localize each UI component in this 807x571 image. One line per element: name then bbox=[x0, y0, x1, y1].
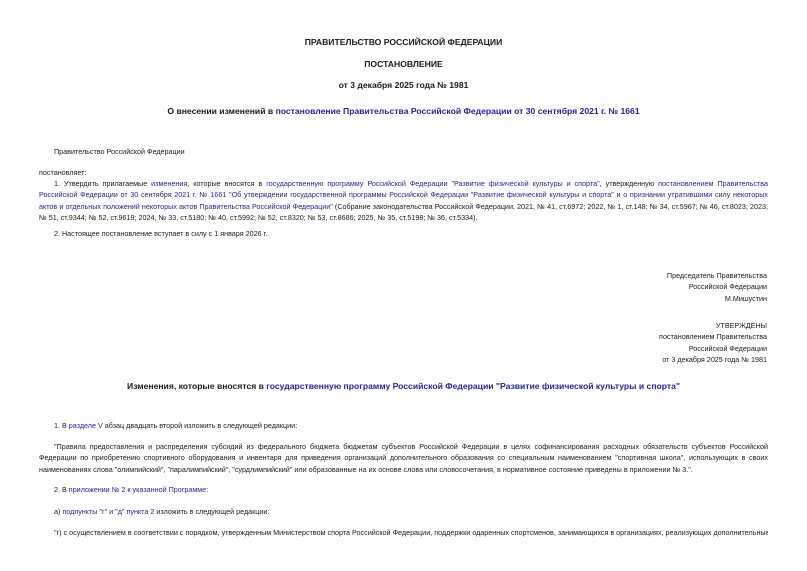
document-date-number: от 3 декабря 2025 года № 1981 bbox=[0, 80, 807, 90]
change-item-2: 2. В приложении № 2 к указанной Программ… bbox=[54, 484, 208, 495]
signature-title: Председатель Правительства bbox=[667, 270, 767, 281]
approval-line-4: от 3 декабря 2025 года № 1981 bbox=[659, 354, 767, 365]
amended-decree-link[interactable]: постановление Правительства Российской Ф… bbox=[276, 106, 640, 116]
approval-block: УТВЕРЖДЕНЫ постановлением Правительства … bbox=[659, 320, 767, 365]
signature-title-2: Российской Федерации bbox=[667, 281, 767, 292]
item2a-text-2: изложить в следующей редакции: bbox=[154, 507, 269, 516]
signature-name: М.Мишустин bbox=[667, 293, 767, 304]
approval-heading: УТВЕРЖДЕНЫ bbox=[659, 320, 767, 331]
issuer: Правительство Российской Федерации bbox=[54, 146, 185, 157]
quote-1: "Правила предоставления и распределения … bbox=[39, 441, 768, 475]
changes-title: Изменения, которые вносятся в государств… bbox=[0, 381, 807, 391]
p1-text-2: , которые вносятся в bbox=[187, 179, 266, 188]
item2-text-2: : bbox=[206, 485, 208, 494]
document-title: О внесении изменений в постановление Пра… bbox=[0, 106, 807, 116]
program-title-link[interactable]: государственную программу Российской Фед… bbox=[266, 381, 680, 391]
change-item-1: 1. В разделе V абзац двадцать второй изл… bbox=[54, 420, 297, 431]
section-v-link[interactable]: разделе V bbox=[69, 421, 103, 430]
approval-line-3: Российской Федерации bbox=[659, 343, 767, 354]
item1-text-1: 1. В bbox=[54, 421, 69, 430]
program-link[interactable]: государственную программу Российской Фед… bbox=[266, 179, 599, 188]
quote-1-text: "Правила предоставления и распределения … bbox=[39, 442, 768, 474]
item2-text-1: 2. В bbox=[54, 485, 69, 494]
item1-text-2: абзац двадцать второй изложить в следующ… bbox=[103, 421, 297, 430]
changes-title-prefix: Изменения, которые вносятся в bbox=[127, 381, 266, 391]
change-item-2a: а) подпункты "г" и "д" пункта 2 изложить… bbox=[54, 506, 269, 517]
appendix-2-link[interactable]: приложении № 2 к указанной Программе bbox=[69, 485, 206, 494]
title-prefix: О внесении изменений в bbox=[167, 106, 275, 116]
quote-2: "г) с осуществлением в соответствии с по… bbox=[54, 527, 768, 538]
decides: постановляет: bbox=[39, 167, 86, 178]
paragraph-2: 2. Настоящее постановление вступает в си… bbox=[54, 228, 267, 239]
document-type: ПОСТАНОВЛЕНИЕ bbox=[0, 59, 807, 69]
approval-line-2: постановлением Правительства bbox=[659, 331, 767, 342]
subpoints-link[interactable]: подпункты "г" и "д" пункта 2 bbox=[62, 507, 154, 516]
p1-text-1: 1. Утвердить прилагаемые bbox=[54, 179, 151, 188]
signature-block: Председатель Правительства Российской Фе… bbox=[667, 270, 767, 304]
paragraph-1: 1. Утвердить прилагаемые изменения, кото… bbox=[39, 178, 768, 223]
changes-link[interactable]: изменения bbox=[151, 179, 187, 188]
authority-heading: ПРАВИТЕЛЬСТВО РОССИЙСКОЙ ФЕДЕРАЦИИ bbox=[0, 37, 807, 47]
p1-text-3: , утвержденную bbox=[600, 179, 658, 188]
